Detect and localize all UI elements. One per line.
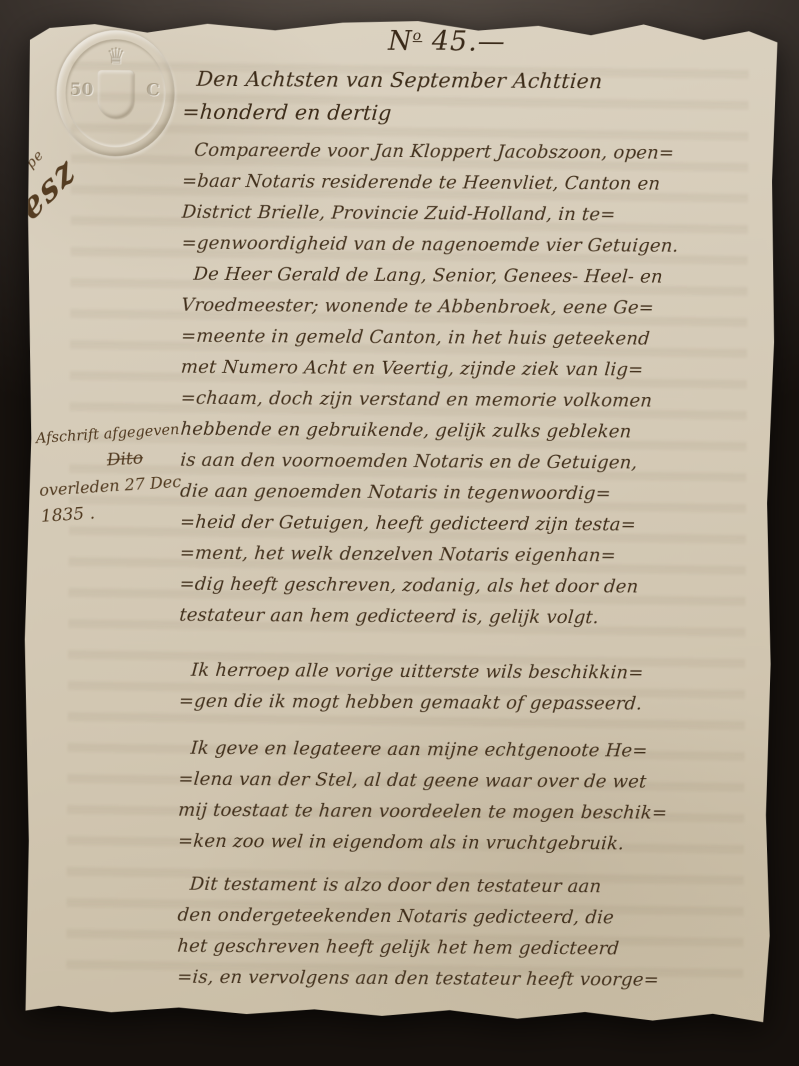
deed-line: =ment, het welk denzelven Notaris eigenh…	[179, 538, 769, 573]
deed-line: =baar Notaris residerende te Heenvliet, …	[181, 166, 771, 201]
deed-line: =dig heeft geschreven, zodanig, als het …	[178, 569, 768, 604]
deed-line: mij toestaat te haren voordeelen te moge…	[177, 795, 767, 830]
closing-paragraph: Dit testament is alzo door den testateur…	[177, 869, 766, 997]
deed-line: hebbende en gebruikende, gelijk zulks ge…	[179, 414, 769, 449]
deed-line: Vroedmeester; wonende te Abbenbroek, een…	[180, 290, 770, 325]
aged-paper: No 45.— ♛ 50 C genummerd 350pe WBaesz Af…	[21, 16, 779, 1027]
registration-annotation: genummerd 350pe WBaesz	[0, 75, 148, 294]
deed-line: District Brielle, Provincie Zuid-Holland…	[181, 197, 771, 232]
deed-line: =gen die ik mogt hebben gemaakt of gepas…	[178, 686, 768, 721]
deed-line: =genwoordigheid van de nagenoemde vier G…	[181, 228, 771, 263]
deed-line: Ik geve en legateere aan mijne echtgenoo…	[177, 733, 767, 768]
document-sheet: No 45.— ♛ 50 C genummerd 350pe WBaesz Af…	[21, 16, 779, 1027]
deed-line: =is, en vervolgens aan den testateur hee…	[176, 962, 766, 997]
deed-line: =ken zoo wel in eigendom als in vruchtge…	[177, 826, 767, 861]
deed-text-column: Den Achtsten van September Achttien =hon…	[177, 17, 771, 1027]
date-paragraph: Den Achtsten van September Achttien =hon…	[182, 63, 770, 133]
comparution-paragraph: Compareerde voor Jan Kloppert Jacobszoon…	[179, 135, 770, 635]
deed-line: is aan den voornoemden Notaris en de Get…	[179, 445, 769, 480]
deed-line: =lena van der Stel, al dat geene waar ov…	[177, 764, 767, 799]
bequest-paragraph: Ik geve en legateere aan mijne echtgenoo…	[178, 733, 767, 861]
photograph-of-document: { "scene": { "background_color": "#2a242…	[0, 0, 799, 1066]
revocation-paragraph: Ik herroep alle vorige uitterste wils be…	[179, 655, 767, 721]
deed-line: Ik herroep alle vorige uitterste wils be…	[178, 655, 768, 690]
deed-line: Den Achtsten van September Achttien	[181, 63, 771, 100]
deed-line: Compareerde voor Jan Kloppert Jacobszoon…	[181, 135, 771, 170]
deed-line: =chaam, doch zijn verstand en memorie vo…	[180, 383, 770, 418]
crown-icon: ♛	[106, 44, 126, 69]
deed-line: =meente in gemeld Canton, in het huis ge…	[180, 321, 770, 356]
deed-line: =honderd en dertig	[181, 96, 771, 133]
deed-line: De Heer Gerald de Lang, Senior, Genees- …	[180, 259, 770, 294]
deed-line: het geschreven heeft gelijk het hem gedi…	[176, 931, 766, 966]
deed-line: testateur aan hem gedicteerd is, gelijk …	[178, 600, 768, 635]
deed-line: den ondergeteekenden Notaris gedicteerd,…	[176, 900, 766, 935]
deed-line: met Numero Acht en Veertig, zijnde ziek …	[180, 352, 770, 387]
deed-line: die aan genoemden Notaris in tegenwoordi…	[179, 476, 769, 511]
seal-value-c: C	[146, 80, 160, 100]
deed-line: Dit testament is alzo door den testateur…	[177, 869, 767, 904]
deed-line: =heid der Getuigen, heeft gedicteerd zij…	[179, 507, 769, 542]
